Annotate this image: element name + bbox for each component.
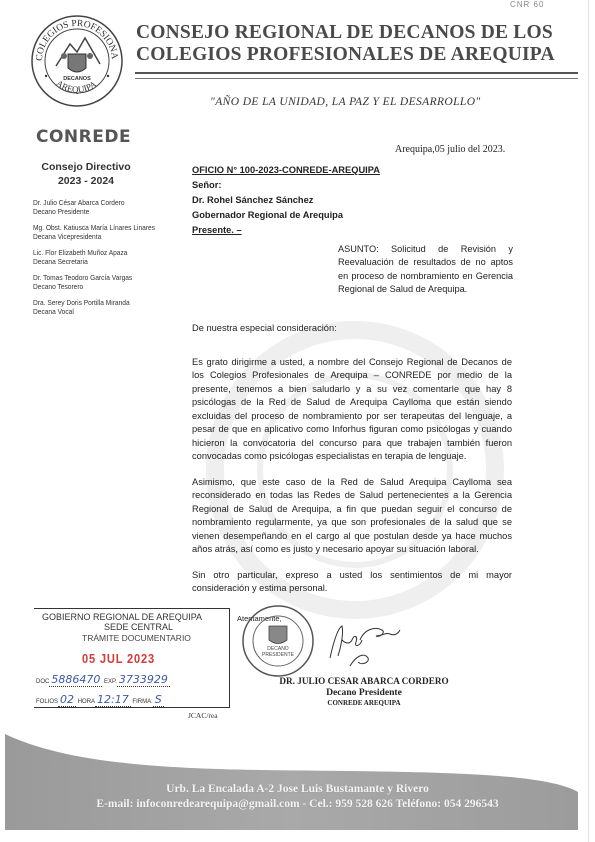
member-name: Mg. Obst. Katiusca María Línares Linares: [33, 223, 180, 232]
page-edge: [588, 0, 589, 842]
exp-value: 3733929: [117, 673, 170, 687]
member-name: Dra. Serey Doris Portilla Miranda: [33, 298, 180, 307]
title-line-1: CONSEJO REGIONAL DE DECANOS DE LOS: [136, 22, 581, 44]
folios-value: 02: [58, 693, 76, 707]
signer-role: Decano Presidente: [264, 687, 464, 698]
exp-label: EXP.: [104, 679, 117, 685]
corner-note: CNR 60: [510, 0, 544, 9]
recipient-title: Gobernador Regional de Arequipa: [192, 208, 380, 223]
brand-name: CONREDE: [36, 127, 131, 147]
board-member: Mg. Obst. Katiusca María Línares Linares…: [33, 223, 180, 241]
firma-value: S: [153, 693, 164, 707]
board-members-list: Dr. Julio César Abarca Cordero Decano Pr…: [33, 198, 193, 323]
addressee-block: OFICIO N° 100-2023-CONREDE-AREQUIPA Seño…: [192, 163, 380, 238]
subject-block: ASUNTO: Solicitud de Revisión y Reevalua…: [338, 243, 513, 297]
salutation: Señor:: [192, 178, 380, 193]
svg-text:PRESIDENTE: PRESIDENTE: [262, 652, 295, 658]
body-paragraph: Asimismo, que este caso de la Red de Sal…: [192, 476, 512, 557]
board-member: Dra. Serey Doris Portilla Miranda Decana…: [33, 298, 180, 316]
greeting: De nuestra especial consideración:: [192, 322, 512, 336]
footer-email-phone: E-mail: infoconredearequipa@gmail.com - …: [0, 797, 595, 812]
board-member: Dr. Tomas Teodoro García Vargas Decano T…: [33, 273, 180, 291]
presente-line: Presente. –: [192, 223, 380, 238]
member-name: Lic. Flor Elizabeth Muñoz Apaza: [33, 248, 180, 257]
handwritten-signature-icon: [320, 620, 410, 670]
hora-value: 12:17: [95, 693, 131, 707]
president-seal-icon: DECANO PRESIDENTE: [241, 604, 315, 678]
svg-text:DECANOS: DECANOS: [63, 76, 91, 82]
member-role: Decana Vocal: [33, 307, 180, 316]
stamp-folios-row: FOLIOS02 HORA12:17 FIRMA:S: [36, 693, 164, 706]
doc-label: DOC: [36, 679, 49, 685]
year-motto: "AÑO DE LA UNIDAD, LA PAZ Y EL DESARROLL…: [210, 96, 481, 108]
stamp-line-1: GOBIERNO REGIONAL DE AREQUIPA: [42, 612, 202, 622]
folios-label: FOLIOS: [36, 699, 58, 705]
member-name: Dr. Julio César Abarca Cordero: [33, 198, 180, 207]
letter-body: De nuestra especial consideración: Es gr…: [192, 322, 512, 608]
board-heading: Consejo Directivo 2023 - 2024: [38, 160, 134, 188]
title-line-2: COLEGIOS PROFESIONALES DE AREQUIPA: [136, 44, 581, 66]
member-name: Dr. Tomas Teodoro García Vargas: [33, 273, 180, 282]
crest-seal-icon: COLEGIOS PROFESIONALES AREQUIPA DECANOS: [30, 14, 124, 108]
board-member: Dr. Julio César Abarca Cordero Decano Pr…: [33, 198, 180, 216]
footer-contact: Urb. La Encalada A-2 Jose Luis Bustamant…: [0, 782, 595, 812]
body-paragraph: Sin otro particular, expreso a usted los…: [192, 569, 512, 596]
reference-number: OFICIO N° 100-2023-CONREDE-AREQUIPA: [192, 163, 380, 178]
recipient-name: Dr. Rohel Sánchez Sánchez: [192, 193, 380, 208]
reception-stamp: GOBIERNO REGIONAL DE AREQUIPA SEDE CENTR…: [34, 608, 230, 708]
hora-label: HORA: [78, 699, 95, 705]
firma-label: FIRMA:: [132, 699, 152, 705]
member-role: Decana Vicepresidenta: [33, 232, 180, 241]
stamp-line-3: TRÁMITE DOCUMENTARIO: [82, 633, 191, 643]
member-role: Decano Tesorero: [33, 282, 180, 291]
stamp-line-2: SEDE CENTRAL: [104, 622, 173, 632]
typist-initials: JCAC/rea: [188, 711, 218, 720]
board-title: Consejo Directivo: [38, 160, 134, 174]
signer-name: DR. JULIO CESAR ABARCA CORDERO: [264, 676, 464, 687]
board-member: Lic. Flor Elizabeth Muñoz Apaza Decana S…: [33, 248, 180, 266]
doc-value: 5886470: [49, 673, 102, 687]
footer-address: Urb. La Encalada A-2 Jose Luis Bustamant…: [0, 782, 595, 797]
stamp-date: 05 JUL 2023: [82, 651, 155, 666]
letter-date: Arequipa,05 julio del 2023.: [395, 144, 505, 155]
member-role: Decano Presidente: [33, 207, 180, 216]
header-divider: [135, 72, 578, 79]
signer-block: DR. JULIO CESAR ABARCA CORDERO Decano Pr…: [264, 676, 464, 708]
body-paragraph: Es grato dirigirme a usted, a nombre del…: [192, 356, 512, 464]
signer-org: CONREDE AREQUIPA: [264, 698, 464, 708]
stamp-doc-row: DOC5886470 EXP.3733929: [36, 673, 170, 686]
member-role: Decana Secretaria: [33, 257, 180, 266]
organization-title: CONSEJO REGIONAL DE DECANOS DE LOS COLEG…: [136, 22, 581, 66]
board-period: 2023 - 2024: [38, 174, 134, 188]
